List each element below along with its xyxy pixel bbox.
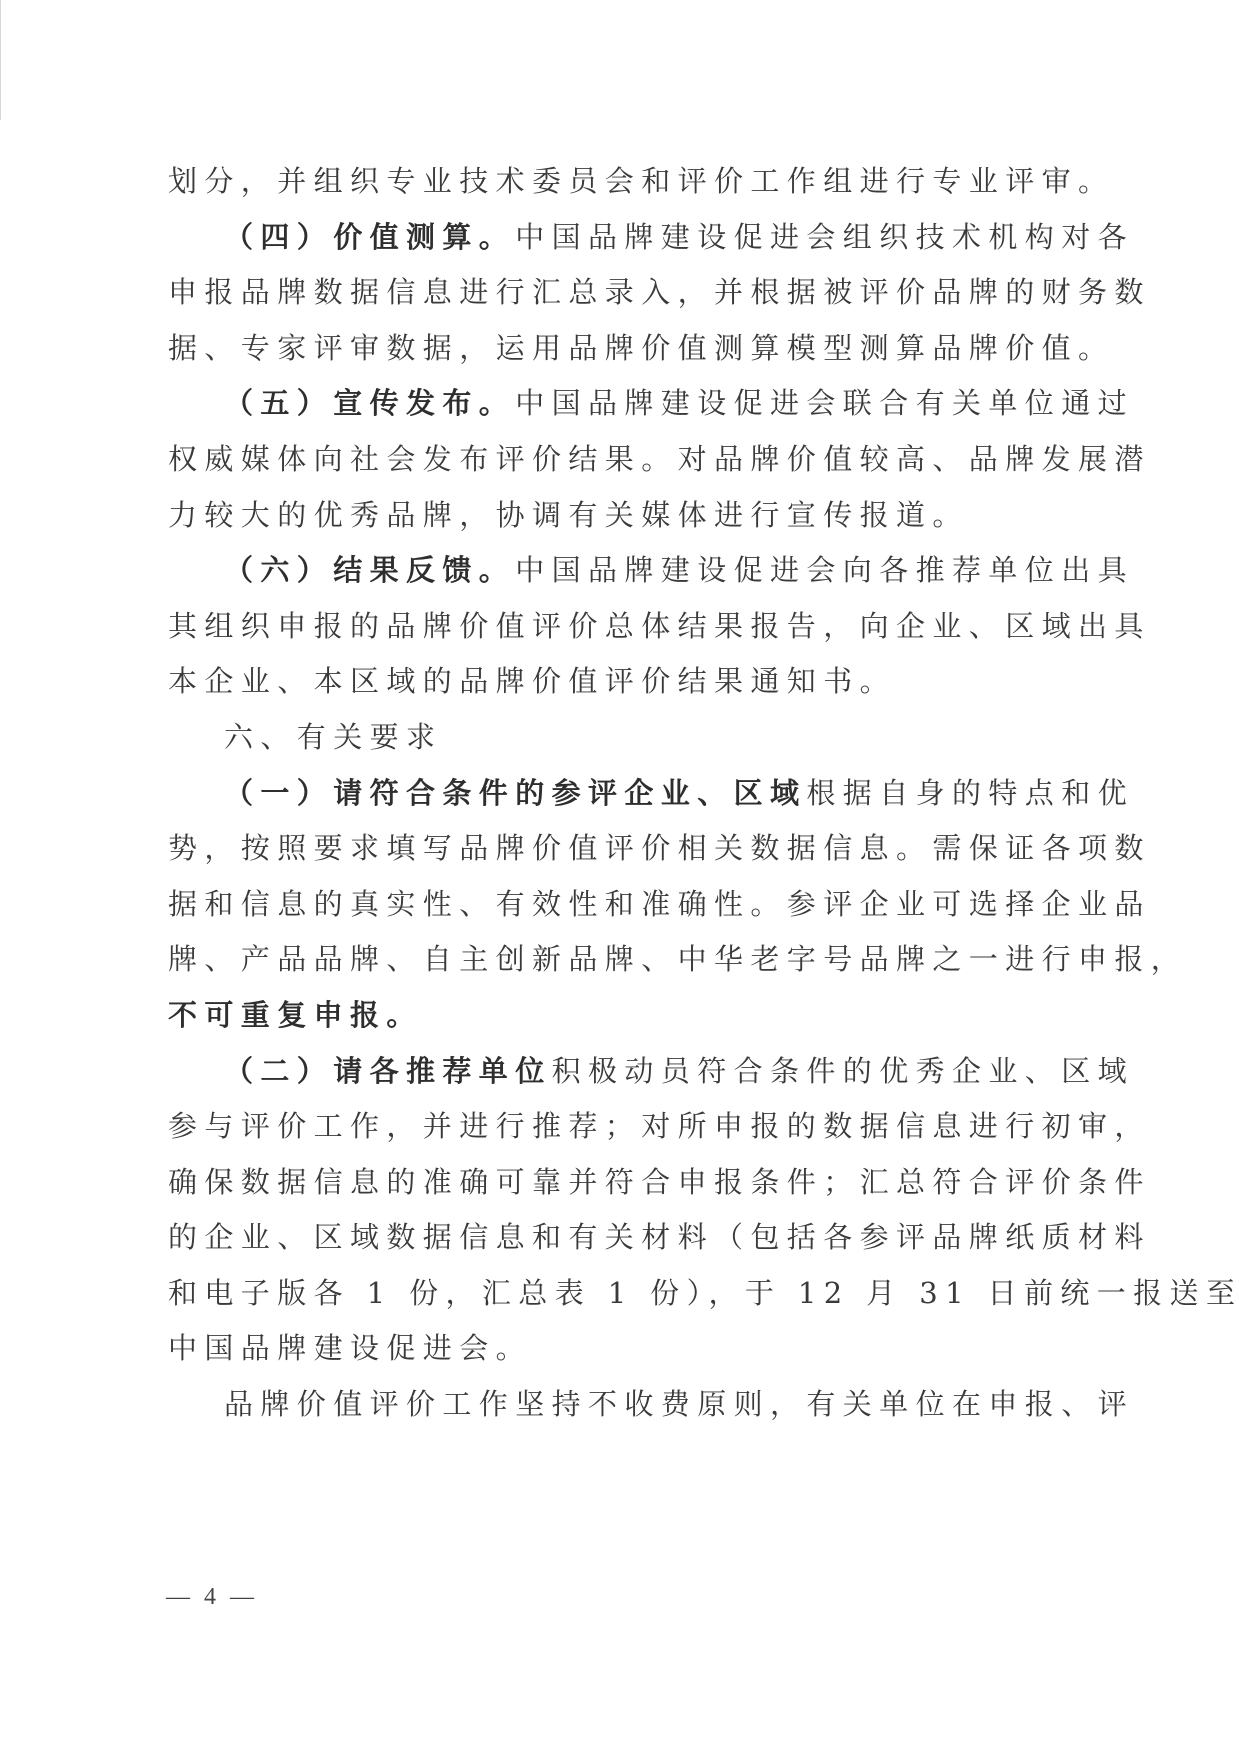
- line-text: 根据自身的特点和优: [806, 776, 1134, 810]
- line-text: 据、专家评审数据，运用品牌价值测算模型测算品牌价值。: [168, 331, 1114, 365]
- line-text: 和电子版各 1 份，汇总表 1 份），于 12 月 31 日前统一报送至: [168, 1276, 1239, 1310]
- document-body: 划分，并组织专业技术委员会和评价工作组进行专业评审。 （四）价值测算。中国品牌建…: [168, 154, 948, 1433]
- line-text: 中国品牌建设促进会。: [168, 1331, 532, 1365]
- page-number: — 4 —: [166, 1584, 258, 1611]
- emphasis-text: 不可重复申报。: [168, 998, 423, 1032]
- line-text: 中国品牌建设促进会联合有关单位通过: [515, 386, 1134, 420]
- line-text: 力较大的优秀品牌，协调有关媒体进行宣传报道。: [168, 498, 969, 532]
- line-text: 据和信息的真实性、有效性和准确性。参评企业可选择企业品: [168, 887, 1151, 921]
- chapter-heading-requirements: 六、有关要求: [168, 710, 948, 766]
- text-line: 和电子版各 1 份，汇总表 1 份），于 12 月 31 日前统一报送至: [168, 1266, 948, 1322]
- text-line: 据和信息的真实性、有效性和准确性。参评企业可选择企业品: [168, 877, 948, 933]
- line-text: 品牌价值评价工作坚持不收费原则，有关单位在申报、评: [224, 1387, 1134, 1421]
- line-text: 参与评价工作，并进行推荐；对所申报的数据信息进行初审，: [168, 1109, 1151, 1143]
- line-text: 势，按照要求填写品牌价值评价相关数据信息。需保证各项数: [168, 831, 1151, 865]
- text-line: 中国品牌建设促进会。: [168, 1321, 948, 1377]
- line-text: 本企业、本区域的品牌价值评价结果通知书。: [168, 664, 896, 698]
- line-text: 其组织申报的品牌价值评价总体结果报告，向企业、区域出具: [168, 609, 1151, 643]
- line-text: 积极动员符合条件的优秀企业、区域: [552, 1054, 1134, 1088]
- line-text: 中国品牌建设促进会向各推荐单位出具: [515, 553, 1134, 587]
- text-line: 品牌价值评价工作坚持不收费原则，有关单位在申报、评: [168, 1377, 948, 1433]
- text-line: 其组织申报的品牌价值评价总体结果报告，向企业、区域出具: [168, 599, 948, 655]
- chapter-heading: 六、有关要求: [224, 720, 442, 754]
- text-line: 权威媒体向社会发布评价结果。对品牌价值较高、品牌发展潜: [168, 432, 948, 488]
- text-line: 申报品牌数据信息进行汇总录入，并根据被评价品牌的财务数: [168, 265, 948, 321]
- section-five-publicity: （五）宣传发布。中国品牌建设促进会联合有关单位通过: [168, 376, 948, 432]
- line-text: 中国品牌建设促进会组织技术机构对各: [515, 220, 1134, 254]
- text-line: 不可重复申报。: [168, 988, 948, 1044]
- text-line: 牌、产品品牌、自主创新品牌、中华老字号品牌之一进行申报，: [168, 932, 948, 988]
- text-line: 的企业、区域数据信息和有关材料（包括各参评品牌纸质材料: [168, 1210, 948, 1266]
- line-text: 的企业、区域数据信息和有关材料（包括各参评品牌纸质材料: [168, 1220, 1151, 1254]
- line-text: 划分，并组织专业技术委员会和评价工作组进行专业评审。: [168, 164, 1114, 198]
- line-text: 确保数据信息的准确可靠并符合申报条件；汇总符合评价条件: [168, 1165, 1151, 1199]
- section-four-value-calculation: （四）价值测算。中国品牌建设促进会组织技术机构对各: [168, 210, 948, 266]
- section-heading: （四）价值测算。: [224, 220, 515, 254]
- text-line: 划分，并组织专业技术委员会和评价工作组进行专业评审。: [168, 154, 948, 210]
- section-heading: （五）宣传发布。: [224, 386, 515, 420]
- page-edge: [0, 0, 1, 120]
- requirement-one: （一）请符合条件的参评企业、区域根据自身的特点和优: [168, 766, 948, 822]
- line-text: 申报品牌数据信息进行汇总录入，并根据被评价品牌的财务数: [168, 275, 1151, 309]
- section-six-feedback: （六）结果反馈。中国品牌建设促进会向各推荐单位出具: [168, 543, 948, 599]
- requirement-heading: （一）请符合条件的参评企业、区域: [224, 776, 806, 810]
- line-text: 权威媒体向社会发布评价结果。对品牌价值较高、品牌发展潜: [168, 442, 1151, 476]
- section-heading: （六）结果反馈。: [224, 553, 515, 587]
- line-text: 牌、产品品牌、自主创新品牌、中华老字号品牌之一进行申报，: [168, 942, 1187, 976]
- requirement-two: （二）请各推荐单位积极动员符合条件的优秀企业、区域: [168, 1044, 948, 1100]
- requirement-heading: （二）请各推荐单位: [224, 1054, 552, 1088]
- text-line: 本企业、本区域的品牌价值评价结果通知书。: [168, 654, 948, 710]
- text-line: 参与评价工作，并进行推荐；对所申报的数据信息进行初审，: [168, 1099, 948, 1155]
- text-line: 势，按照要求填写品牌价值评价相关数据信息。需保证各项数: [168, 821, 948, 877]
- text-line: 据、专家评审数据，运用品牌价值测算模型测算品牌价值。: [168, 321, 948, 377]
- text-line: 力较大的优秀品牌，协调有关媒体进行宣传报道。: [168, 488, 948, 544]
- text-line: 确保数据信息的准确可靠并符合申报条件；汇总符合评价条件: [168, 1155, 948, 1211]
